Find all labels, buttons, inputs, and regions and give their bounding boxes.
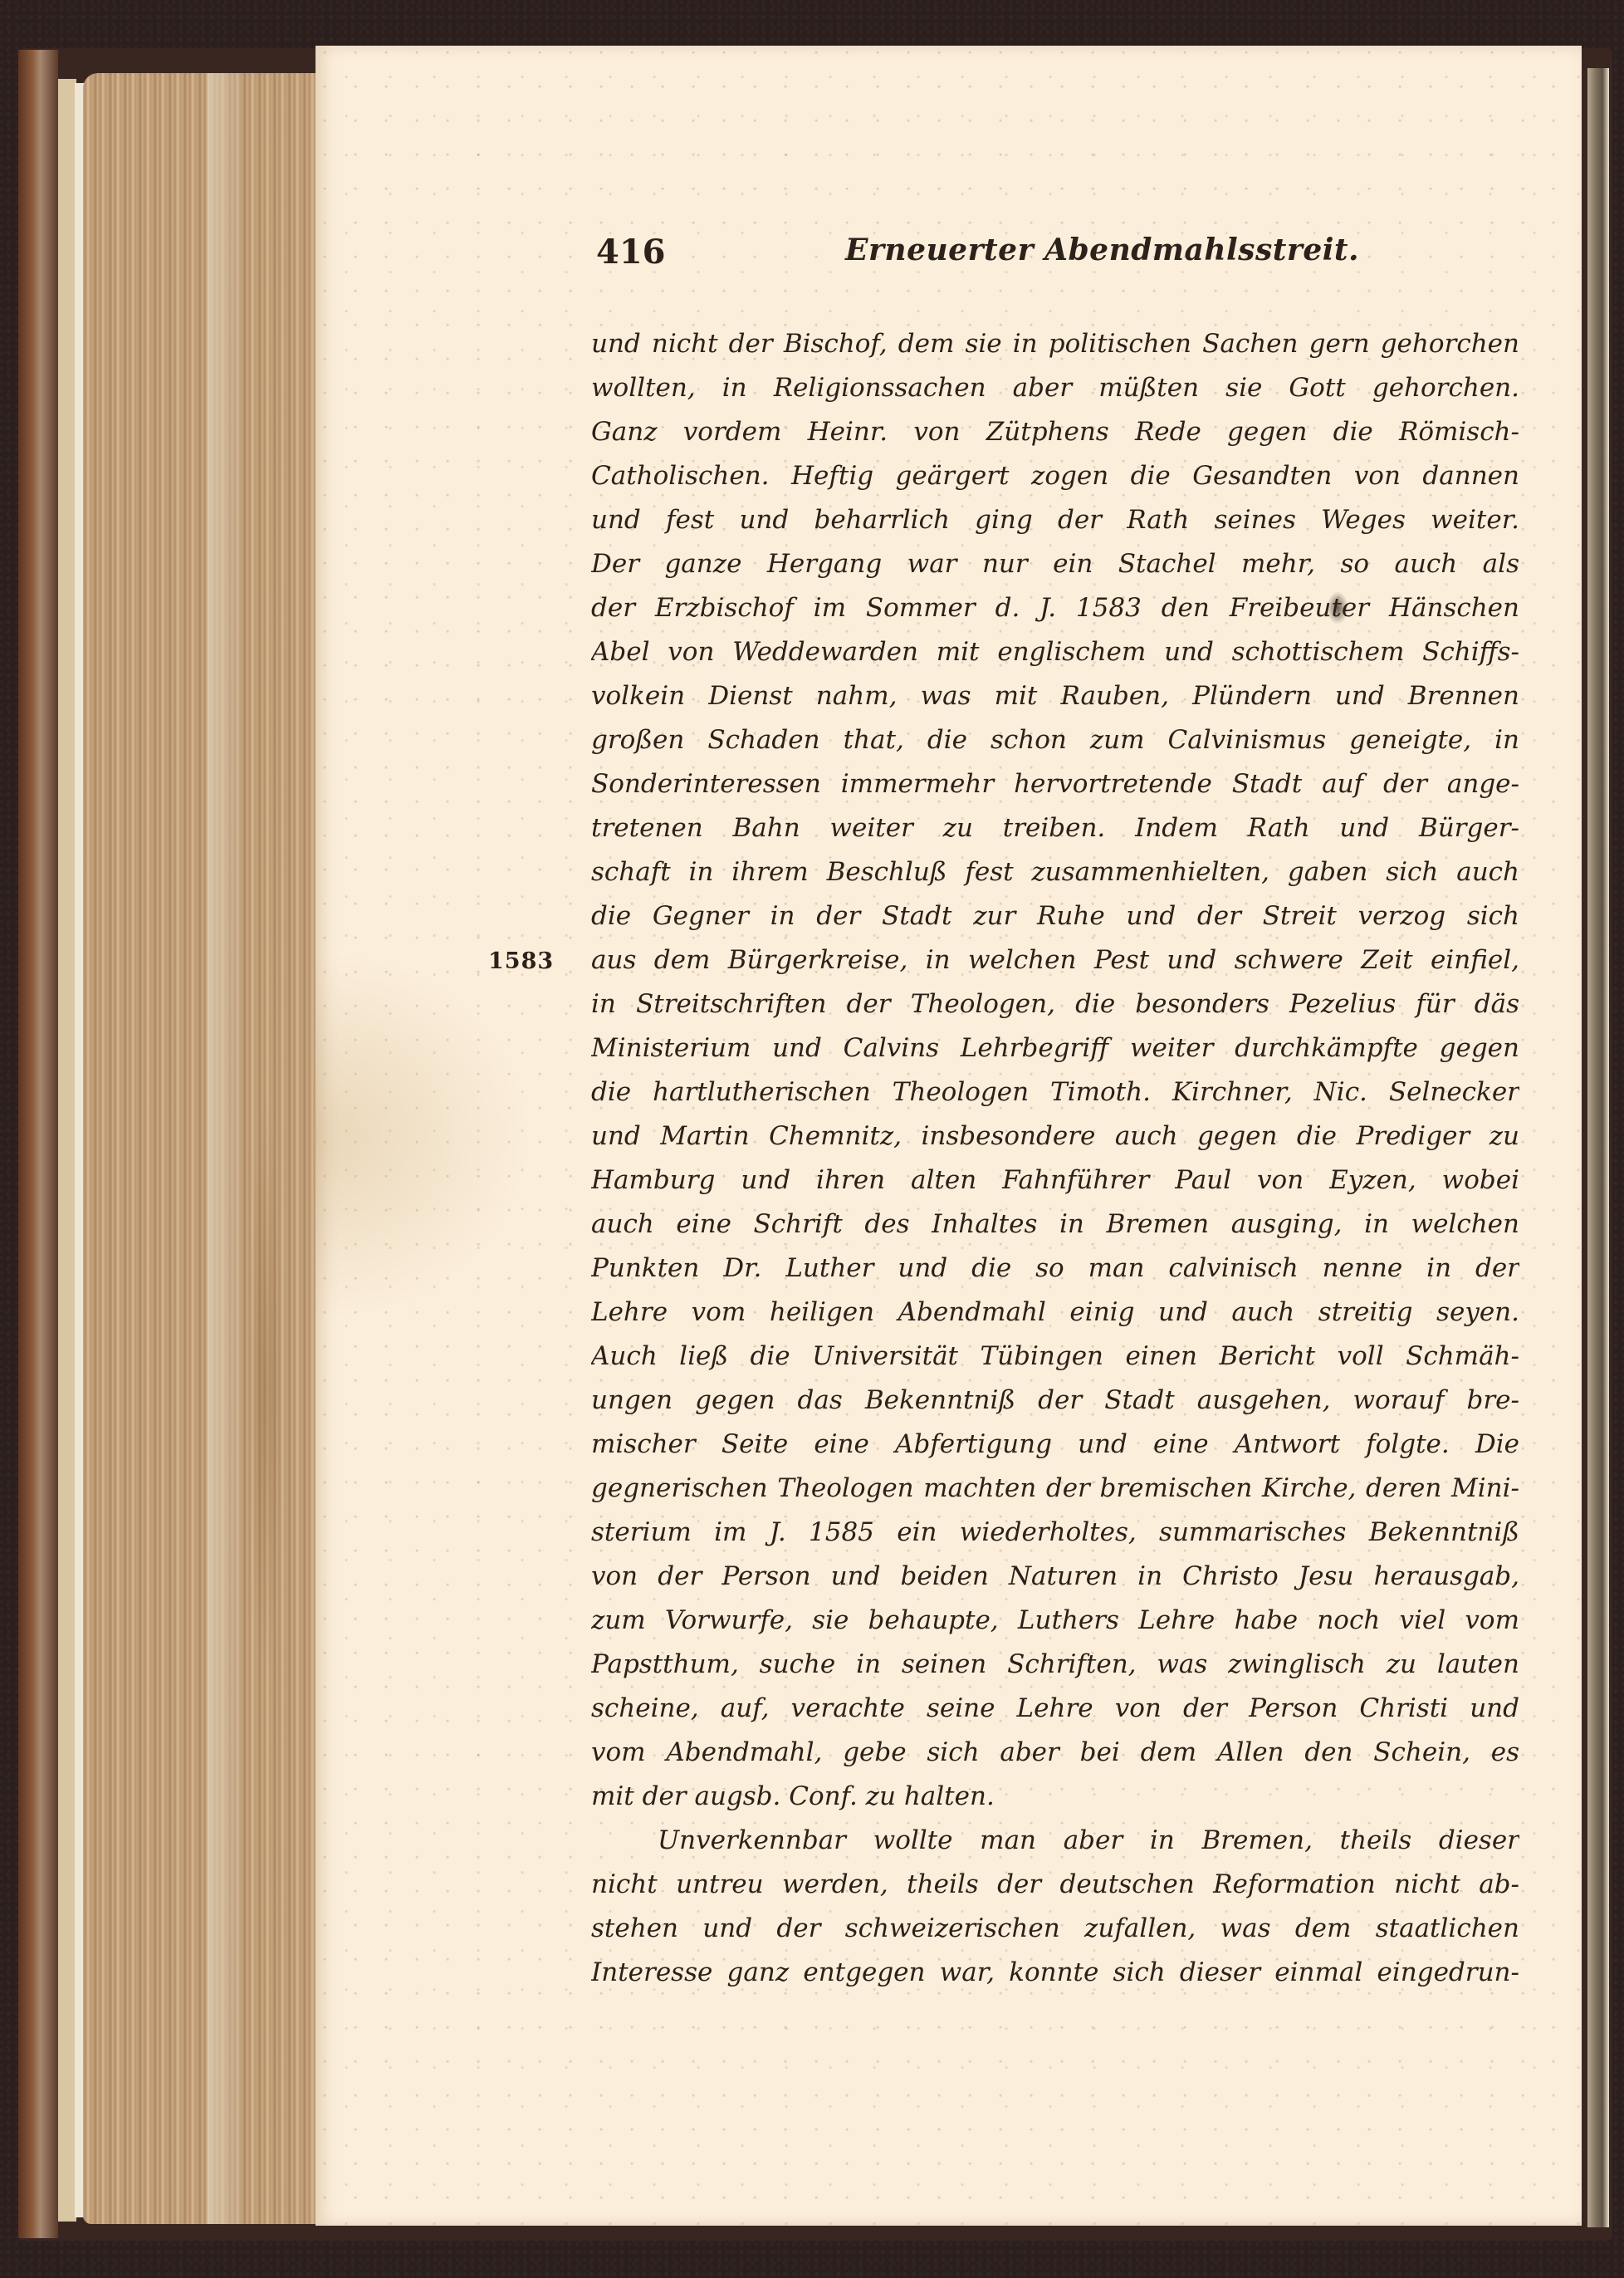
text-line: großen Schaden that, die schon zum Calvi…: [591, 718, 1519, 762]
text-line: der Erzbischof im Sommer d. J. 1583 den …: [591, 586, 1519, 630]
text-line: aus dem Bürgerkreise, in welchen Pest un…: [591, 938, 1519, 982]
running-title: Erneuerter Abendmahlsstreit.: [845, 233, 1359, 267]
text-line: und nicht der Bischof, dem sie in politi…: [591, 322, 1519, 366]
text-line: ungen gegen das Bekenntniß der Stadt aus…: [591, 1379, 1519, 1423]
text-line: die Gegner in der Stadt zur Ruhe und der…: [591, 894, 1519, 938]
text-line: Ministerium und Calvins Lehrbegriff weit…: [591, 1026, 1519, 1070]
page-header: 416 Erneuerter Abendmahlsstreit.: [596, 233, 1518, 282]
text-line: Abel von Weddewarden mit englischem und …: [591, 630, 1519, 674]
text-line: wollten, in Religionssachen aber müßten …: [591, 366, 1519, 410]
text-line: nicht untreu werden, theils der deutsche…: [591, 1863, 1519, 1907]
margin-year-note: 1583: [488, 948, 554, 974]
text-line: Hamburg und ihren alten Fahnführer Paul …: [591, 1159, 1519, 1203]
text-line: in Streitschriften der Theologen, die be…: [591, 982, 1519, 1026]
text-line: stehen und der schweizerischen zufallen,…: [591, 1907, 1519, 1951]
text-line: Auch ließ die Universität Tübingen einen…: [591, 1335, 1519, 1379]
text-line: volkein Dienst nahm, was mit Rauben, Plü…: [591, 674, 1519, 718]
text-line: und Martin Chemnitz, insbesondere auch g…: [591, 1115, 1519, 1159]
text-line: auch eine Schrift des Inhaltes in Bremen…: [591, 1203, 1519, 1247]
text-line: Lehre vom heiligen Abendmahl einig und a…: [591, 1291, 1519, 1335]
text-line: Catholischen. Heftig geärgert zogen die …: [591, 454, 1519, 498]
text-line: Sonderinteressen immermehr hervortretend…: [591, 762, 1519, 806]
text-line: mischer Seite eine Abfertigung und eine …: [591, 1423, 1519, 1467]
text-line: die hartlutherischen Theologen Timoth. K…: [591, 1070, 1519, 1115]
text-line: scheine, auf, verachte seine Lehre von d…: [591, 1687, 1519, 1731]
text-line: gegnerischen Theologen machten der bremi…: [591, 1467, 1519, 1511]
paragraph-start-line: Unverkennbar wollte man aber in Bremen, …: [591, 1819, 1519, 1863]
text-line: Papstthum, suche in seinen Schriften, wa…: [591, 1643, 1519, 1687]
text-line: Punkten Dr. Luther und die so man calvin…: [591, 1247, 1519, 1291]
endpaper: [58, 79, 76, 2222]
text-line: tretenen Bahn weiter zu treiben. Indem R…: [591, 806, 1519, 850]
paragraph-end-line: mit der augsb. Conf. zu halten.: [591, 1775, 1519, 1819]
page-number: 416: [596, 233, 666, 272]
book-spine-edge: [18, 50, 58, 2238]
text-line: vom Abendmahl, gebe sich aber bei dem Al…: [591, 1731, 1519, 1775]
page-holder-rod: [1587, 68, 1609, 2227]
text-line: Interesse ganz entgegen war, konnte sich…: [591, 1951, 1519, 1995]
text-line: und fest und beharrlich ging der Rath se…: [591, 498, 1519, 542]
text-line: schaft in ihrem Beschluß fest zusammenhi…: [591, 850, 1519, 894]
text-line: von der Person und beiden Naturen in Chr…: [591, 1555, 1519, 1599]
text-line: Ganz vordem Heinr. von Zütphens Rede geg…: [591, 410, 1519, 454]
body-text: und nicht der Bischof, dem sie in politi…: [591, 322, 1519, 1995]
page-stack-edges: [83, 73, 320, 2224]
text-line: Der ganze Hergang war nur ein Stachel me…: [591, 542, 1519, 586]
text-line: zum Vorwurfe, sie behaupte, Luthers Lehr…: [591, 1599, 1519, 1643]
text-line: sterium im J. 1585 ein wiederholtes, sum…: [591, 1511, 1519, 1555]
